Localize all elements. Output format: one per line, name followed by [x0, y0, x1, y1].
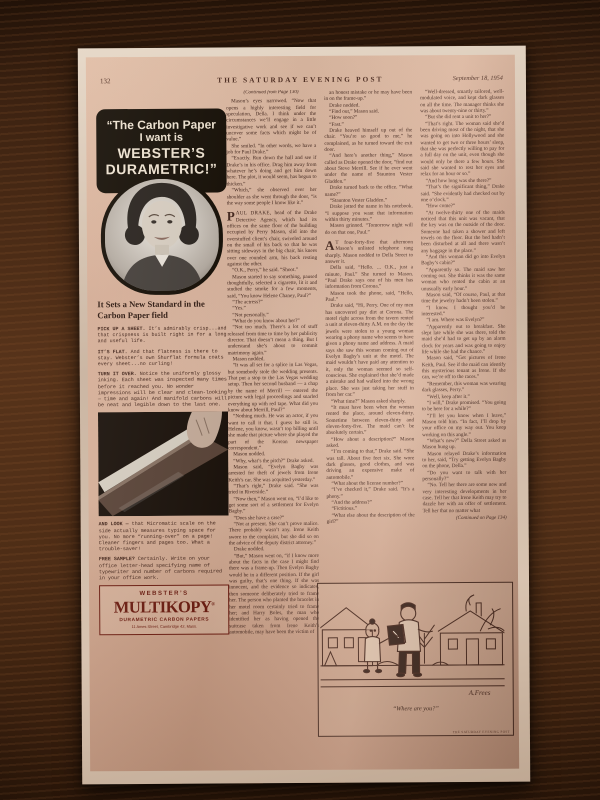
- logo-brand-main: MULTIKOPY®: [103, 597, 225, 617]
- article-paragraph: “At twelve-thirty one of the maids notic…: [421, 209, 505, 254]
- ad-headline-line1: “The Carbon Paper: [100, 117, 222, 132]
- article-paragraph: “Apparently out to breakfast. She slept …: [421, 323, 505, 355]
- article-paragraph: “That’s right,” Drake said. “She was tri…: [228, 483, 318, 496]
- article-paragraph: “It was all set for a splice in Las Vega…: [228, 362, 318, 413]
- cartoon-caption: “Where are you?”: [321, 705, 511, 713]
- article-paragraph: “I know. I thought you’d be interested.”: [421, 304, 505, 317]
- dropcap-paragraph: PAUL DRAKE, head of the Drake Detective …: [227, 210, 317, 268]
- model-portrait-photo: [105, 179, 220, 292]
- article-paragraph: “I’m coming to that,” Drake said. “She w…: [326, 449, 414, 481]
- carbon-paper-ad: “The Carbon Paper I want is WEBSTER’S DU…: [96, 108, 230, 771]
- article-paragraph: Mason relayed Drake’s information to her…: [422, 450, 506, 470]
- article-paragraph: “Nothing much. He was an actor, if you w…: [228, 413, 318, 452]
- article-column-3: “Well-dressed, smartly tailored, well-mo…: [420, 89, 507, 578]
- ad-headline-line4: DURAMETRIC!”: [100, 160, 222, 177]
- magazine-title: THE SATURDAY EVENING POST: [98, 75, 503, 85]
- article-paragraph: “I will,” Drake promised. “You going to …: [422, 400, 506, 413]
- article-paragraph: “No. Tell her there are some new and ver…: [422, 482, 506, 514]
- issue-date: September 18, 1954: [453, 75, 503, 82]
- cartoon-credit: THE SATURDAY EVENING POST: [453, 730, 510, 734]
- logo-address: 11 Ames Street, Cambridge 42, Mass.: [103, 623, 225, 629]
- article-paragraph: “But,” Mason went on, “if I know more ab…: [229, 553, 320, 636]
- article-paragraph: “That’s right. The woman said she’d been…: [420, 120, 504, 178]
- article-paragraph: “I’ll let you know when I leave,” Mason …: [422, 412, 506, 438]
- ad-copy-block-2: AND LOOK — that Micromatic scale on the …: [99, 521, 229, 582]
- article-paragraph: She smiled. “In other words, we have a j…: [226, 143, 316, 156]
- dropcap-paragraph: AT four-forty-five that afternoon Mason’…: [325, 239, 413, 265]
- article-paragraph: “It must have been when the woman rented…: [326, 404, 414, 436]
- article-paragraph: “Now then,” Mason went on, “I’d like to …: [229, 496, 319, 516]
- article-paragraph: Drake turned back to the office. “What n…: [325, 184, 413, 197]
- article-paragraph: Mason grinned. “Tomorrow night will do o…: [325, 223, 413, 236]
- article-paragraph: “Remember, this woman was wearing dark g…: [422, 381, 506, 394]
- article-paragraph: “Which,” she observed over her shoulder …: [227, 187, 317, 207]
- continued-on-note: (Continued on Page 134): [423, 516, 507, 523]
- article-column-2: an honest mistake or he may have been in…: [324, 89, 415, 578]
- article-paragraph: “Not at present. She can’t prove malice.…: [229, 521, 319, 547]
- article-paragraph: “Well-dressed, smartly tailored, well-mo…: [420, 89, 504, 115]
- cartoon-illustration: A.Frees: [320, 585, 505, 704]
- article-paragraph: “Do you want to talk with her personally…: [422, 469, 506, 482]
- article-paragraph: “Exactly. Run down the hall and see if D…: [226, 155, 316, 187]
- hand-with-carbon-paper-photo: [98, 412, 229, 517]
- ad-paragraph: FREE SAMPLE? Certainly. Write on your of…: [99, 556, 229, 582]
- article-paragraph: Drake said, “Hi, Perry. One of my men ha…: [325, 303, 414, 399]
- cartoonist-signature: A.Frees: [468, 689, 491, 697]
- article-paragraph: Mason said, “Of course, Paul, at that ti…: [421, 292, 505, 305]
- article-paragraph: Mason started to say something, paused t…: [227, 274, 317, 300]
- ad-copy-block-1: PICK UP A SHEET. It’s admirably crisp...…: [97, 325, 228, 408]
- multikopy-logo: WEBSTER’S MULTIKOPY® DURAMETRIC CARBON P…: [99, 585, 229, 635]
- article-paragraph: Mason took the phone, said, “Hello, Paul…: [325, 290, 413, 303]
- article-paragraph: Mason said, “Get pictures of Irene Keith…: [422, 355, 506, 381]
- ad-paragraph: AND LOOK — that Micromatic scale on the …: [99, 521, 229, 553]
- article-paragraph: “I’ve checked it,” Drake said. “It’s a p…: [326, 487, 414, 500]
- drop-cap: A: [325, 240, 335, 251]
- article-paragraph: Drake heaved himself up out of the chair…: [324, 127, 412, 153]
- drop-cap: P: [227, 211, 236, 222]
- article-column-1: (Continued from Page 130) Mason’s eyes n…: [226, 90, 320, 753]
- article-paragraph: Drake jotted the name in his notebook. “…: [325, 204, 413, 224]
- article-paragraph: “Apparently so. The maid saw her coming …: [421, 266, 505, 292]
- running-head: 132 THE SATURDAY EVENING POST September …: [98, 75, 503, 89]
- article-paragraph: Della said, “Hello. ... O.K., just a min…: [325, 265, 413, 291]
- article-paragraph: “Not too much. There’s a lot of stuff re…: [227, 324, 317, 356]
- woman-portrait-illustration: [105, 179, 220, 292]
- ad-subhead: It Sets a New Standard in the Carbon Pap…: [97, 298, 227, 320]
- article-paragraph: an honest mistake or he may have been in…: [324, 89, 412, 102]
- magazine-page: 132 THE SATURDAY EVENING POST September …: [86, 55, 519, 772]
- article-paragraph: “And here’s another thing,” Mason called…: [324, 153, 412, 185]
- article-paragraph: “What’s new?” Della Street asked as Maso…: [422, 438, 506, 451]
- photo-of-magazine-on-wood-table: { "header": { "page_number": "132", "tit…: [0, 0, 600, 800]
- article-paragraph: “How about a description?” Mason asked.: [326, 436, 414, 449]
- logo-brand-sub: DURAMETRIC CARBON PAPERS: [103, 617, 225, 623]
- ad-paragraph: IT’S FLAT. And that flatness is there to…: [98, 348, 228, 367]
- cartoon-panel: A.Frees “Where are you?” THE SATURDAY EV…: [317, 582, 514, 737]
- article-paragraph: “And this woman did go into Evelyn Bagby…: [421, 254, 505, 267]
- registered-mark-icon: ®: [211, 603, 214, 608]
- article-paragraph: Mason’s eyes narrowed. “Now that opens a…: [226, 98, 316, 143]
- article-paragraph: Mason said, “Evelyn Bagby was arrested f…: [228, 464, 318, 484]
- ad-paragraph: PICK UP A SHEET. It’s admirably crisp...…: [97, 325, 227, 344]
- article-paragraph: “What else about the description of the …: [327, 512, 415, 525]
- ad-headline-line2: I want is: [100, 131, 222, 145]
- ad-headline-line3: WEBSTER’S: [100, 144, 222, 161]
- article-paragraph: “That’s the significant thing,” Drake sa…: [421, 184, 505, 204]
- ad-paragraph: TURN IT OVER. Notice the uniformly gloss…: [98, 371, 228, 409]
- continued-from-note: (Continued from Page 130): [226, 90, 316, 97]
